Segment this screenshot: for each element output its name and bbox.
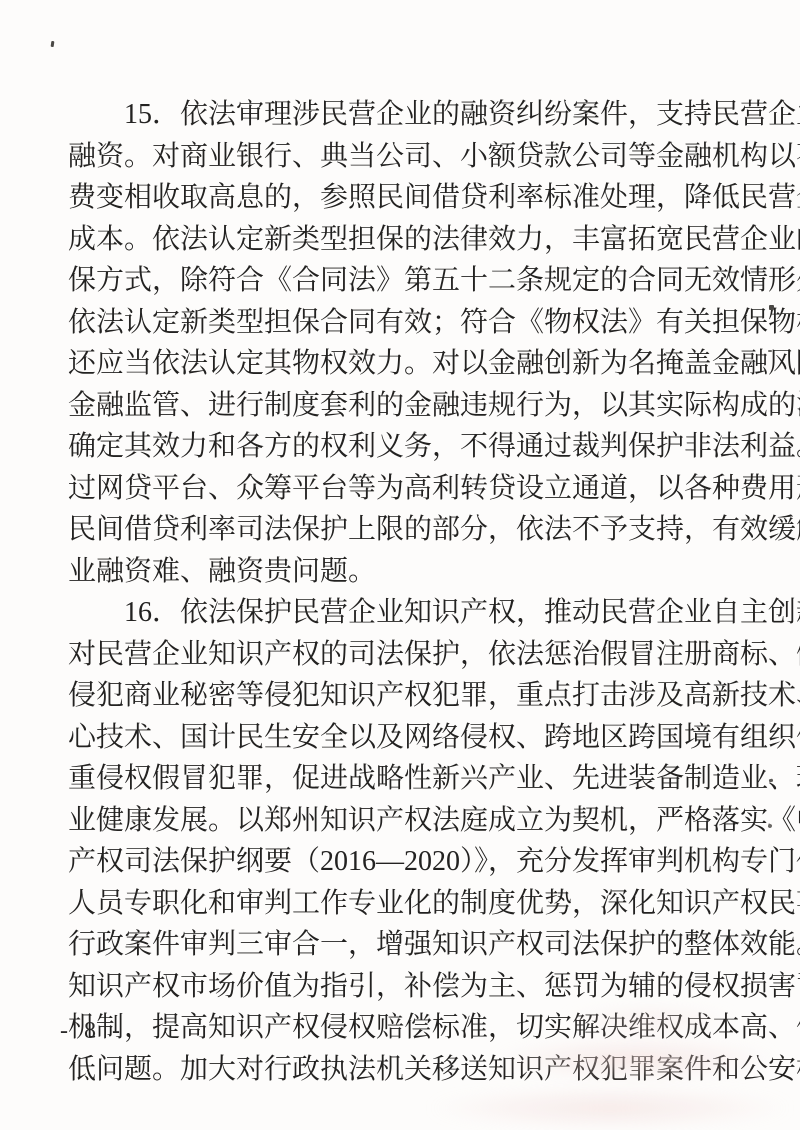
text-line: 过网贷平台、众筹平台等为高利转贷设立通道，以各种费用形式规避 xyxy=(68,468,736,510)
text-line: 15．依法审理涉民营企业的融资纠纷案件，支持民营企业多渠道 xyxy=(68,94,736,136)
text-line: 机制，提高知识产权侵权赔偿标准，切实解决维权成本高、侵权成本 xyxy=(68,1007,736,1049)
scan-bleed-through xyxy=(430,1088,790,1128)
text-line: 金融监管、进行制度套利的金融违规行为，以其实际构成的法律关系 xyxy=(68,385,736,427)
page-number: - 8 - xyxy=(60,1018,125,1045)
text-line: 重侵权假冒犯罪，促进战略性新兴产业、先进装备制造业、现代服务 xyxy=(68,758,736,800)
text-line: 知识产权市场价值为指引，补偿为主、惩罚为辅的侵权损害司法认定 xyxy=(68,966,736,1008)
scan-speck xyxy=(769,305,774,310)
text-line: 业健康发展。以郑州知识产权法庭成立为契机，严格落实《中国知识 xyxy=(68,800,736,842)
text-line: 产权司法保护纲要（2016—2020）》，充分发挥审判机构专门化、审判 xyxy=(68,841,736,883)
document-page: 15．依法审理涉民营企业的融资纠纷案件，支持民营企业多渠道 融资。对商业银行、典… xyxy=(0,0,800,1130)
text-line: 还应当依法认定其物权效力。对以金融创新为名掩盖金融风险、规避 xyxy=(68,343,736,385)
text-line: 融资。对商业银行、典当公司、小额贷款公司等金融机构以不合理收 xyxy=(68,136,736,178)
scan-speck xyxy=(768,350,772,352)
text-line: 对民营企业知识产权的司法保护，依法惩治假冒注册商标、假冒专利、 xyxy=(68,634,736,676)
text-line: 行政案件审判三审合一，增强知识产权司法保护的整体效能。建立以 xyxy=(68,924,736,966)
text-line: 低问题。加大对行政执法机关移送知识产权犯罪案件和公安机关对侵 xyxy=(68,1049,736,1091)
text-line: 人员专职化和审判工作专业化的制度优势，深化知识产权民事、刑事、 xyxy=(68,883,736,925)
text-line: 民间借贷利率司法保护上限的部分，依法不予支持，有效缓解民营企 xyxy=(68,509,736,551)
body-text: 15．依法审理涉民营企业的融资纠纷案件，支持民营企业多渠道 融资。对商业银行、典… xyxy=(68,94,736,1090)
text-line: 侵犯商业秘密等侵犯知识产权犯罪，重点打击涉及高新技术、关键核 xyxy=(68,675,736,717)
text-line: 成本。依法认定新类型担保的法律效力，丰富拓宽民营企业的融资担 xyxy=(68,219,736,261)
text-line: 保方式，除符合《合同法》第五十二条规定的合同无效情形外，应当 xyxy=(68,260,736,302)
text-line: 费变相收取高息的，参照民间借贷利率标准处理，降低民营企业融资 xyxy=(68,177,736,219)
text-line: 心技术、国计民生安全以及网络侵权、跨地区跨国境有组织侵权等严 xyxy=(68,717,736,759)
text-line: 确定其效力和各方的权利义务，不得通过裁判保护非法利益。对于通 xyxy=(68,426,736,468)
text-line: 业融资难、融资贵问题。 xyxy=(68,551,736,593)
scan-speck xyxy=(51,41,55,47)
text-line: 16．依法保护民营企业知识产权，推动民营企业自主创新。强化 xyxy=(68,592,736,634)
text-line: 依法认定新类型担保合同有效；符合《物权法》有关担保物权规定的， xyxy=(68,302,736,344)
